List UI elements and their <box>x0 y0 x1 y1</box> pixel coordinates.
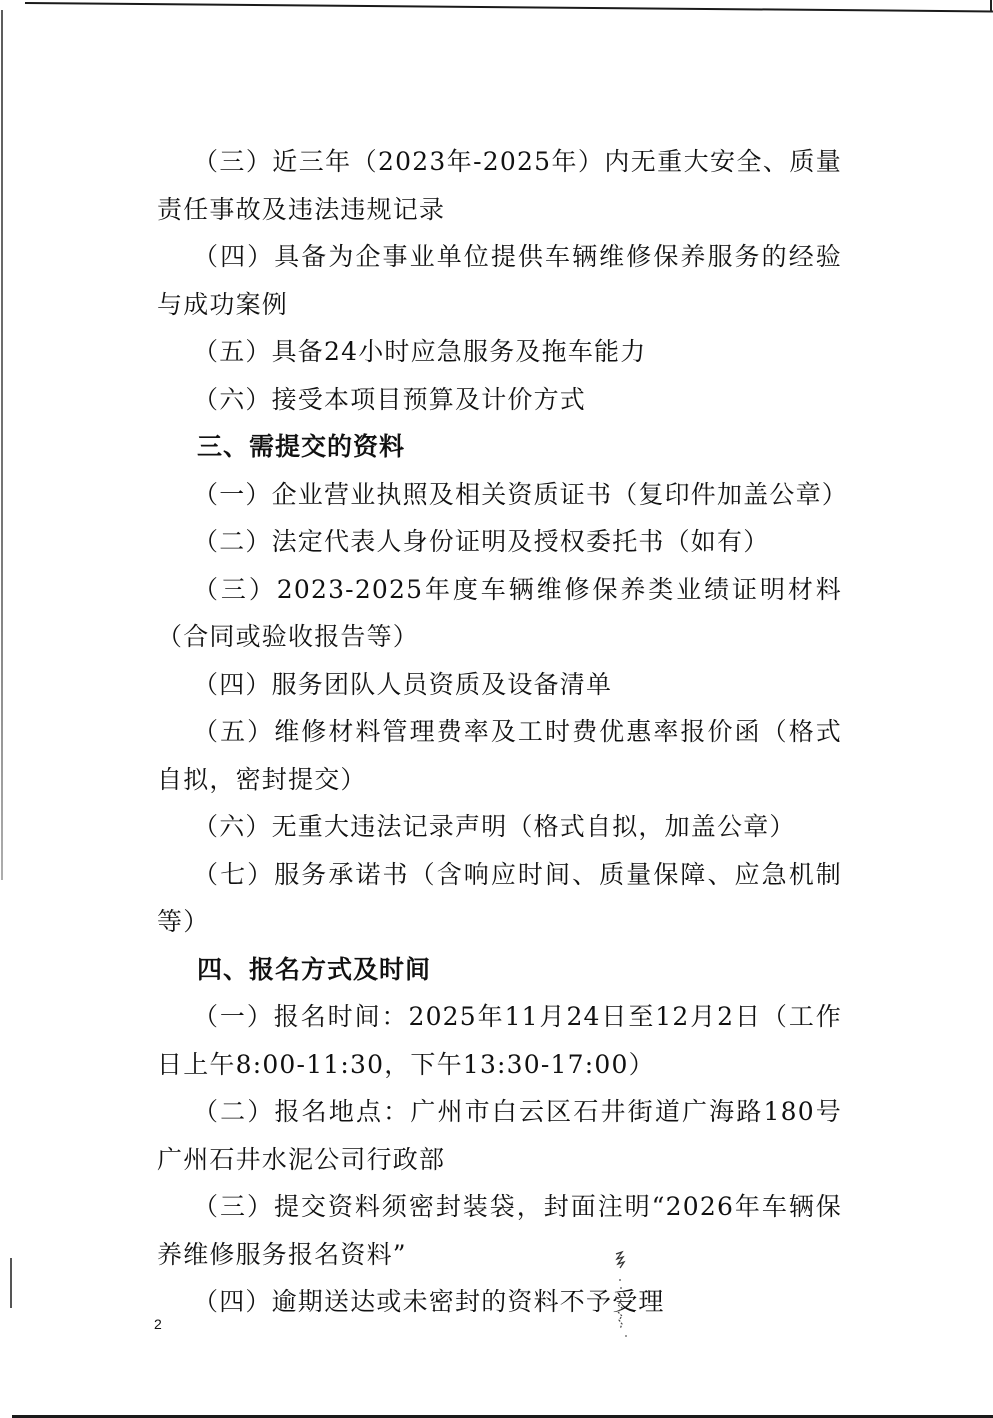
scan-margin-mark <box>10 1258 12 1308</box>
materials-item-6: （六）无重大违法记录声明（格式自拟，加盖公章） <box>157 803 842 851</box>
scan-border-left <box>1 10 3 880</box>
requirement-item-4: （四）具备为企事业单位提供车辆维修保养服务的经验与成功案例 <box>157 233 842 328</box>
materials-item-4: （四）服务团队人员资质及设备清单 <box>157 661 842 709</box>
materials-item-1: （一）企业营业执照及相关资质证书（复印件加盖公章） <box>157 471 842 519</box>
page-number: 2 <box>154 1316 162 1332</box>
document-body: （三）近三年（2023年-2025年）内无重大安全、质量责任事故及违法违规记录 … <box>157 138 842 1326</box>
materials-item-2: （二）法定代表人身份证明及授权委托书（如有） <box>157 518 842 566</box>
scan-border-tick <box>990 0 992 12</box>
materials-item-5: （五）维修材料管理费率及工时费优惠率报价函（格式自拟，密封提交） <box>157 708 842 803</box>
section-heading-materials: 三、需提交的资料 <box>157 423 842 471</box>
requirement-item-6: （六）接受本项目预算及计价方式 <box>157 376 842 424</box>
registration-item-3: （三）提交资料须密封装袋，封面注明“2026年车辆保养维修服务报名资料” <box>157 1183 842 1278</box>
registration-item-1: （一）报名时间：2025年11月24日至12月2日（工作日上午8:00-11:3… <box>157 993 842 1088</box>
registration-item-4: （四）逾期送达或未密封的资料不予受理 <box>157 1278 842 1326</box>
materials-item-3: （三）2023-2025年度车辆维修保养类业绩证明材料（合同或验收报告等） <box>157 566 842 661</box>
requirement-item-3: （三）近三年（2023年-2025年）内无重大安全、质量责任事故及违法违规记录 <box>157 138 842 233</box>
materials-item-7: （七）服务承诺书（含响应时间、质量保障、应急机制等） <box>157 851 842 946</box>
section-heading-registration: 四、报名方式及时间 <box>157 946 842 994</box>
requirement-item-5: （五）具备24小时应急服务及拖车能力 <box>157 328 842 376</box>
registration-item-2: （二）报名地点：广州市白云区石井街道广海路180号广州石井水泥公司行政部 <box>157 1088 842 1183</box>
signature-scribble-icon <box>608 1250 638 1345</box>
scan-border-top <box>25 2 993 21</box>
